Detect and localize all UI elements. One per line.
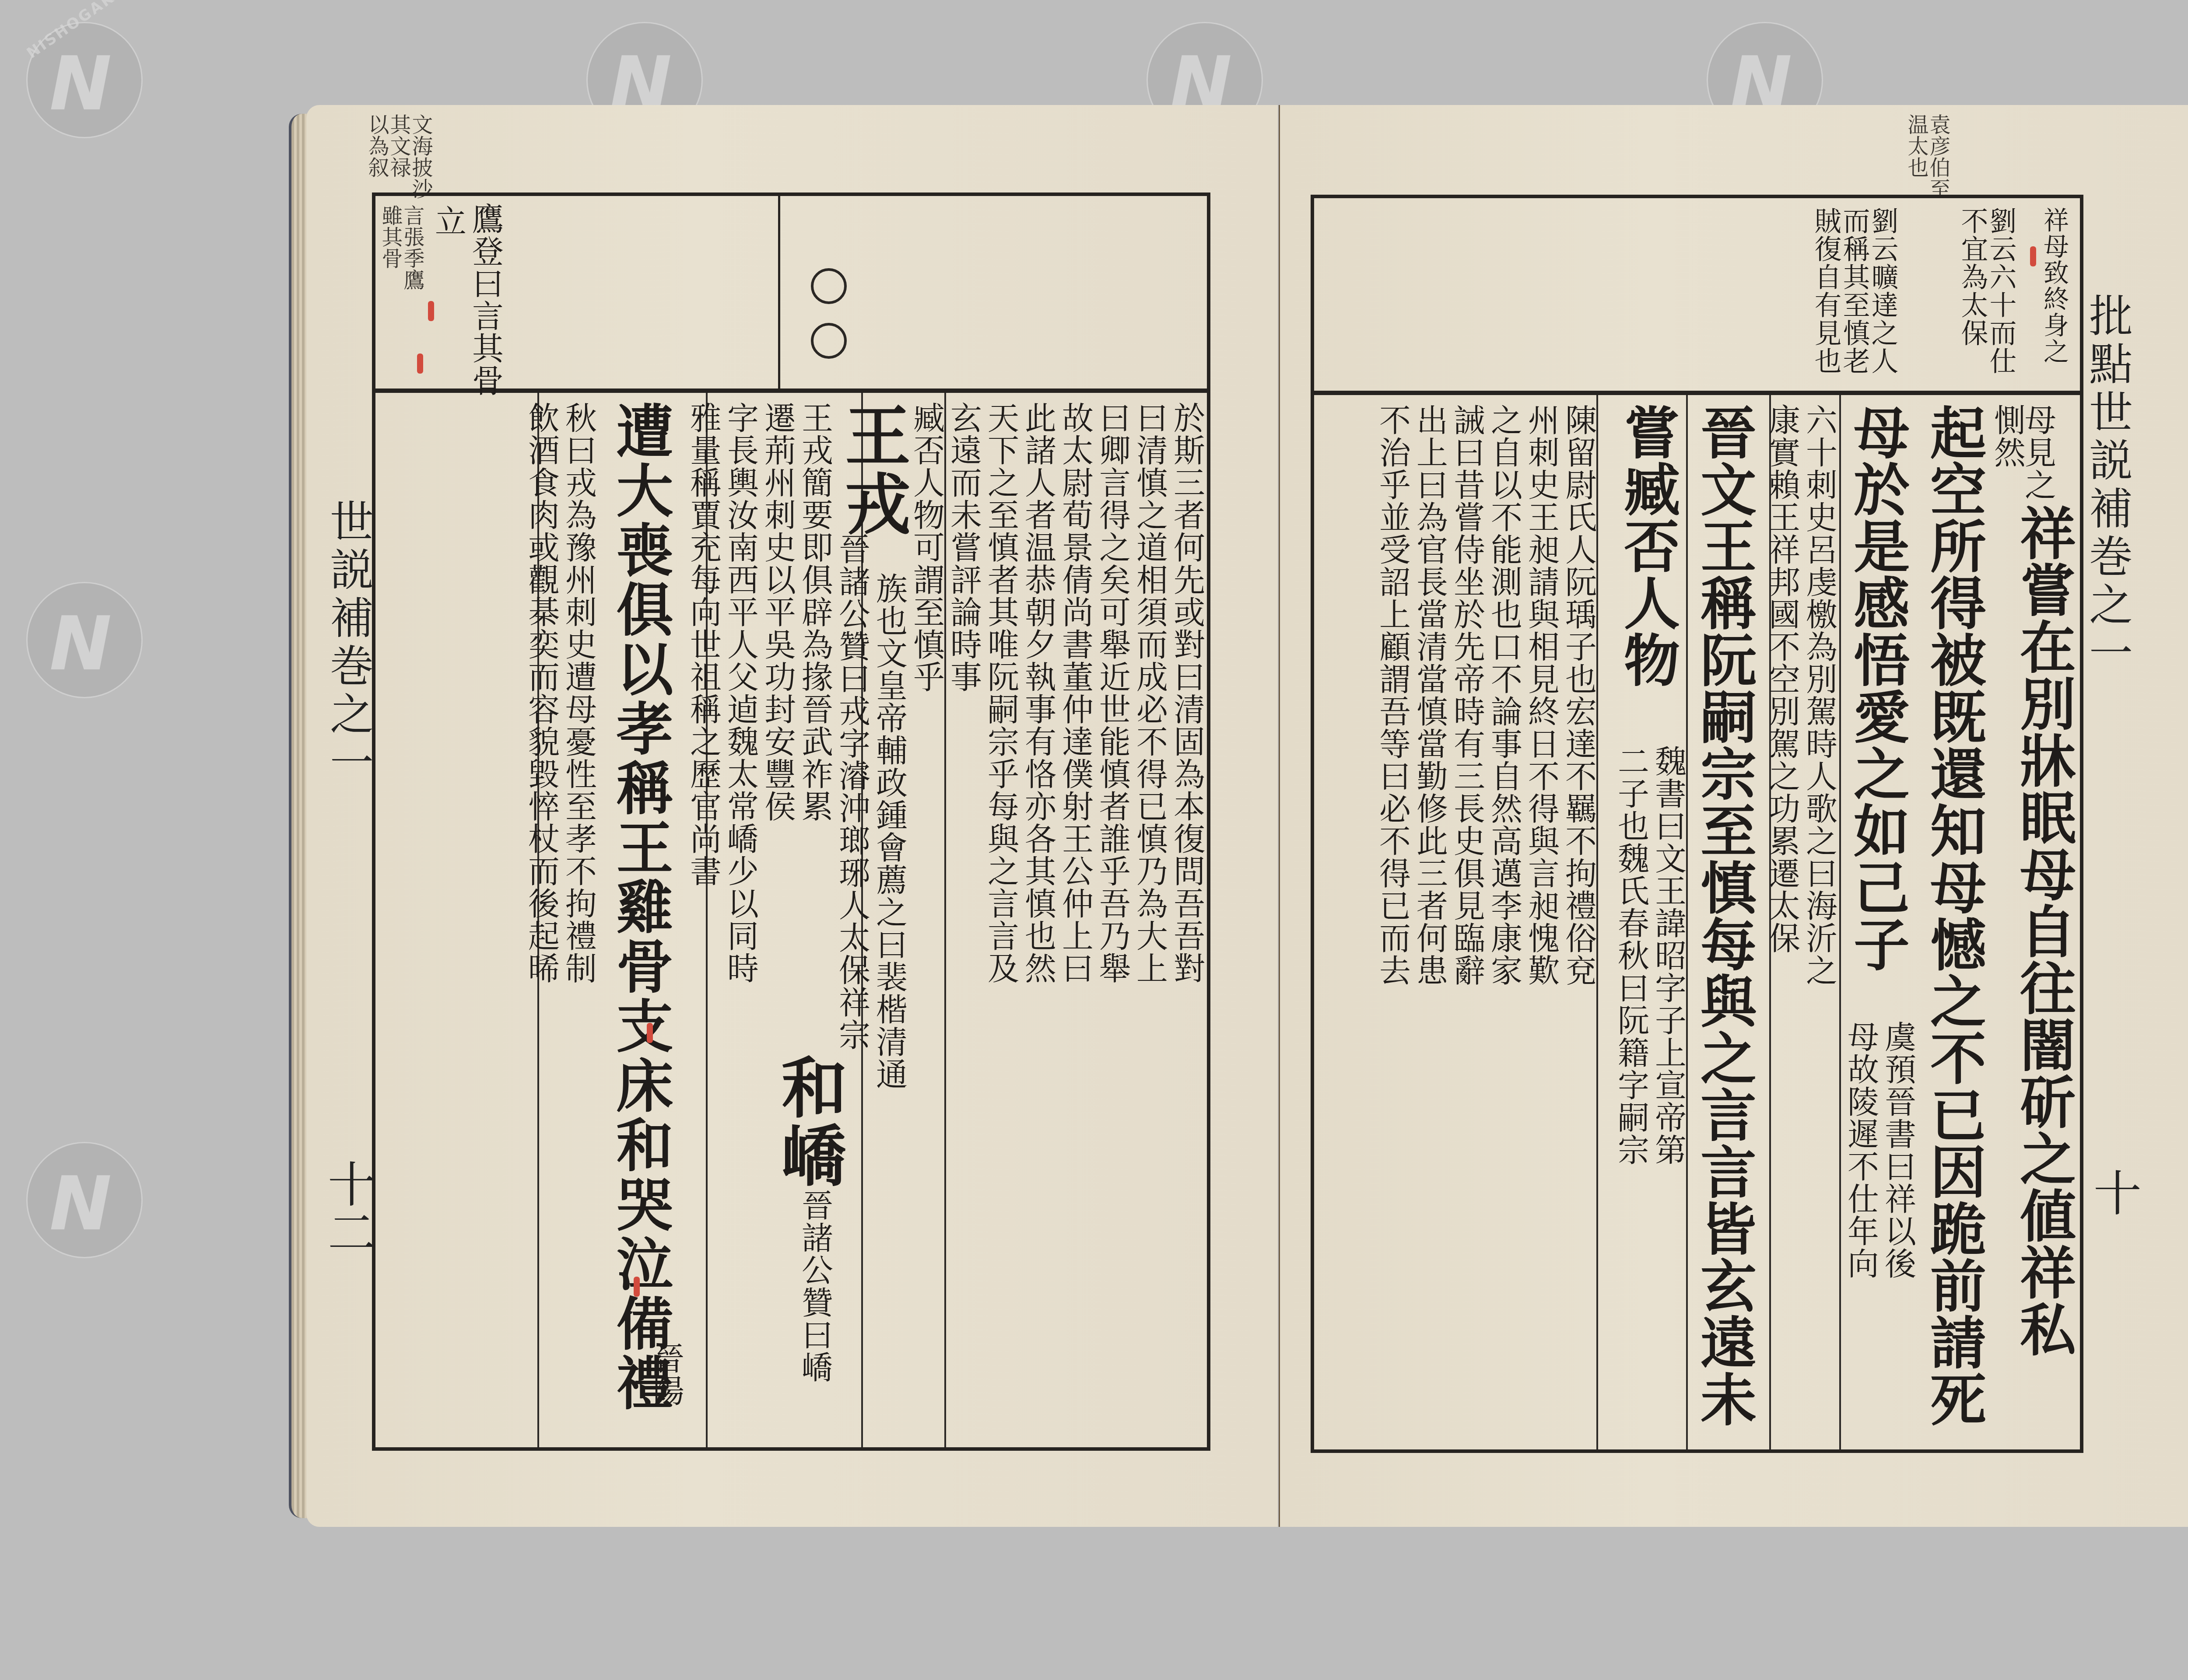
right-page: 袁彦伯至 温太也 批點世説補巻之一 十 祥母致終身之 劉云六十而仕 不宜為太保 …: [1280, 105, 2188, 1527]
text-column: 晉陽: [650, 1342, 682, 1407]
header-divider: [778, 196, 780, 388]
right-header-note: 劉云六十而仕: [1987, 207, 2014, 375]
left-margin-title: 世説補巻之一: [326, 499, 370, 787]
text-column: 曰清慎之道相須而成必不得已慎乃為大上: [1134, 402, 1165, 984]
main-text-column: 祥嘗在別牀眠母自往闇斫之値祥私: [2015, 504, 2071, 1358]
watermark-logo: N: [26, 582, 143, 698]
red-annotation-mark: [634, 1277, 640, 1297]
text-column: 故太尉荀景倩尚書董仲達僕射王公仲上曰: [1059, 402, 1091, 984]
left-page: 文海披沙 其文禄 以為叙 世説補巻之一 十二 言張季鷹 雖其骨 立 鷹登曰言其骨…: [306, 105, 1278, 1527]
text-column: 晉諸公贊曰戎字濬沖瑯琊人太保祥宗: [836, 533, 868, 1051]
text-column: 虞預晉書曰祥以後: [1882, 1021, 1914, 1280]
text-column: 族也文皇帝輔政鍾會薦之曰裴楷清通: [873, 572, 905, 1090]
left-top-annotation: 文海披沙: [410, 114, 431, 199]
text-column: 誡曰昔嘗侍坐於先帝時有三長史俱見臨辭: [1451, 404, 1483, 987]
text-column: 州刺史王昶請與相見終日不得與言昶愧歎: [1525, 404, 1557, 987]
text-column: 魏書曰文王諱昭字子上宣帝第: [1652, 745, 1684, 1166]
text-column: 二子也魏氏春秋曰阮籍字嗣宗: [1615, 745, 1647, 1166]
left-text-frame: 言張季鷹 雖其骨 立 鷹登曰言其骨 於斯三者何先或對曰清固為本復問吾吾對 曰清慎…: [372, 192, 1210, 1451]
text-column: 陳留尉氏人阮瑀子也宏達不羈不拘禮俗兗: [1563, 404, 1594, 987]
main-text-column: 遭大喪俱以孝稱王雞骨支床和哭泣備禮: [612, 402, 669, 1413]
text-column: 飲酒食肉或觀棊奕而容貌毀悴杖而後起晞: [526, 402, 557, 984]
text-column: 曰卿言得之矣可舉近世能慎者誰乎吾乃舉: [1097, 402, 1128, 984]
watermark-logo: N: [26, 1142, 143, 1258]
main-text-column: 嘗臧否人物: [1619, 404, 1675, 688]
text-column: 六十刺史呂虔檄為別駕時人歌之曰海沂之: [1803, 404, 1835, 987]
left-header-note: 鷹登曰言其骨: [470, 203, 501, 397]
right-header-band: 祥母致終身之 劉云六十而仕 不宜為太保 劉云曠達之人 而稱其至慎老 賊復自有見也: [1314, 198, 2080, 395]
left-top-annotation: 以為叙: [366, 114, 387, 178]
red-annotation-mark: [428, 301, 434, 321]
right-header-note: 祥母致終身之: [2041, 207, 2067, 364]
text-column: 之自以不能測也口不論事自然高邁李康家: [1488, 404, 1520, 987]
text-column: 此諸人者温恭朝夕執事有恪亦各其慎也然: [1022, 402, 1054, 984]
text-column: 康實賴王祥邦國不空別駕之功累遷太保: [1766, 404, 1798, 954]
text-column: 天下之至慎者其唯阮嗣宗乎每與之言言及: [985, 402, 1017, 984]
text-column: 雅量稱賈充每向世祖稱之歷官尚書: [687, 402, 719, 887]
open-book: 文海披沙 其文禄 以為叙 世説補巻之一 十二 言張季鷹 雖其骨 立 鷹登曰言其骨…: [289, 105, 2188, 1527]
text-column: 臧否人物可謂至慎乎: [911, 402, 942, 693]
left-page-number: 十二: [324, 1159, 372, 1256]
right-margin-title: 批點世説補巻之一: [2085, 293, 2129, 678]
text-column: 字長輿汝南西平人父逌魏太常嶠少以同時: [725, 402, 756, 984]
right-header-note: 賊復自有見也: [1812, 207, 1839, 375]
right-header-note: 而稱其至慎老: [1841, 207, 1868, 375]
column-rule: [1839, 395, 1841, 1449]
text-column: 於斯三者何先或對曰清固為本復問吾吾對: [1171, 402, 1203, 984]
right-header-note: 不宜為太保: [1959, 207, 1986, 347]
red-annotation-mark: [2030, 246, 2036, 266]
right-page-number: 十: [2090, 1168, 2138, 1216]
red-annotation-mark: [647, 1023, 653, 1043]
text-column: 晉諸公贊曰嶠: [799, 1189, 831, 1383]
text-column: 王戎簡要即俱辟為掾晉武祚累: [799, 402, 831, 822]
right-top-annotation: 袁彦伯至: [1928, 114, 1949, 199]
main-text-column: 起空所得被既還知母憾之不已因跪前請死: [1925, 404, 1981, 1428]
text-column: 遷荊州刺史以平吳功封安豐侯: [762, 402, 793, 822]
watermark-logo: NISHOGAKUSHAN: [26, 22, 143, 138]
main-text-column: 母於是感悟愛之如己子: [1849, 404, 1905, 973]
red-annotation-mark: [417, 353, 423, 374]
left-top-annotation: 其文禄: [388, 114, 409, 178]
main-text-column: 晉文王稱阮嗣宗至慎每與之言言皆玄遠未: [1696, 404, 1752, 1428]
left-header-annotation: 言張季鷹: [402, 205, 423, 290]
right-header-note: 劉云曠達之人: [1869, 207, 1896, 375]
right-text-frame: 祥母致終身之 劉云六十而仕 不宜為太保 劉云曠達之人 而稱其至慎老 賊復自有見也…: [1311, 195, 2083, 1453]
text-column: 不治乎並受詔上顧謂吾等曰必不得已而去: [1377, 404, 1408, 987]
header-circle-mark: [811, 268, 847, 304]
watermark-glyph: N: [49, 41, 112, 127]
text-column: 母故陵遲不仕年向: [1845, 1021, 1876, 1280]
text-column: 母見之: [2022, 404, 2054, 501]
text-column: 出上曰為官長當清當慎當勤修此三者何患: [1414, 404, 1445, 987]
left-header-annotation: 雖其骨: [380, 205, 401, 269]
left-header-band: 言張季鷹 雖其骨 立 鷹登曰言其骨: [375, 196, 1207, 393]
text-column: 惻然: [1992, 404, 2023, 469]
left-header-note: 立: [432, 205, 464, 237]
header-circle-mark: [811, 323, 847, 359]
heading-column: 王戎: [839, 402, 905, 538]
text-column: 玄遠而未嘗評論時事: [948, 402, 979, 693]
right-top-annotation: 温太也: [1906, 114, 1927, 178]
heading-column: 和嶠: [776, 1053, 842, 1190]
text-column: 秋曰戎為豫州刺史遭母憂性至孝不拘禮制: [563, 402, 594, 984]
